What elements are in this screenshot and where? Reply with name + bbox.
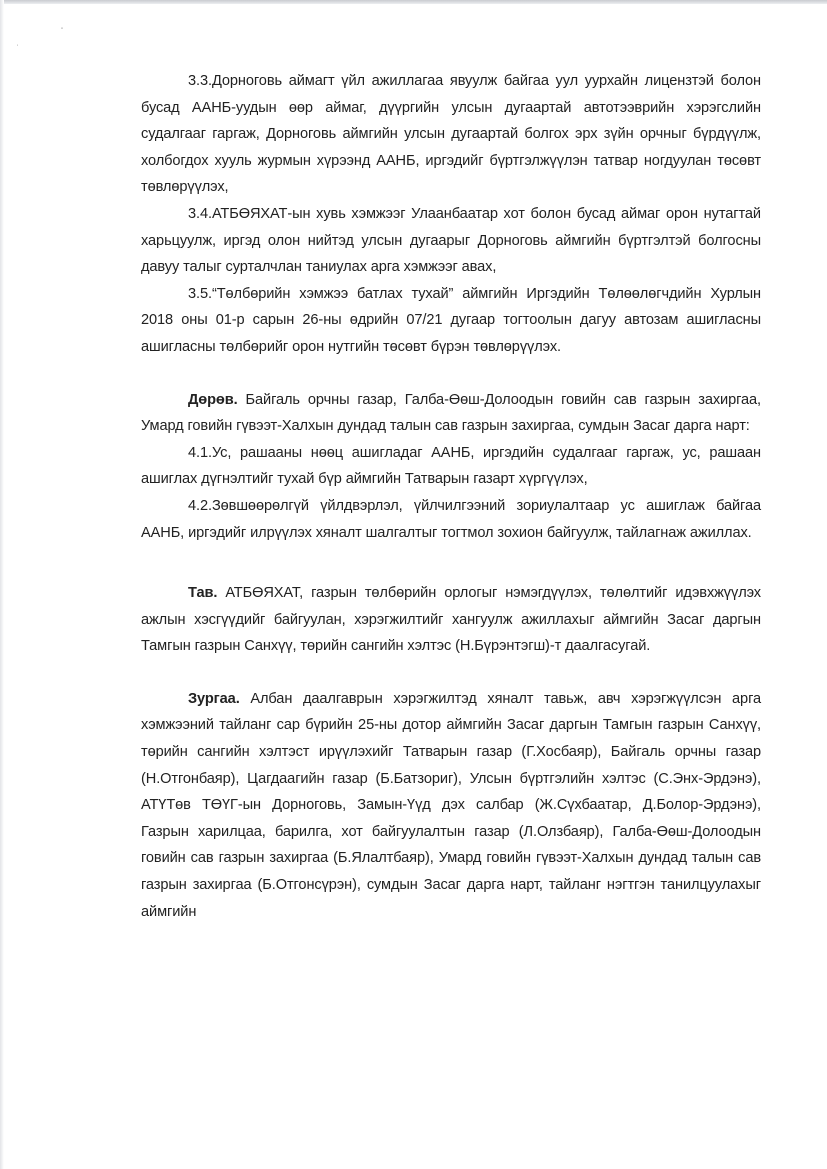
spacer bbox=[141, 546, 761, 580]
scan-top-edge bbox=[0, 0, 827, 4]
paragraph-4-2: 4.2.Зөвшөөрөлгүй үйлдвэрлэл, үйлчилгээни… bbox=[141, 493, 761, 546]
section-heading-4: Дөрөв. bbox=[188, 392, 238, 408]
paragraph-3-4: 3.4.АТБӨЯХАТ-ын хувь хэмжээг Улаанбаатар… bbox=[141, 201, 761, 281]
paragraph-4-1: 4.1.Ус, рашааны нөөц ашигладаг ААНБ, ирг… bbox=[141, 440, 761, 493]
paragraph-3-5: 3.5.“Төлбөрийн хэмжээ батлах тухай” аймг… bbox=[141, 281, 761, 361]
spacer bbox=[141, 361, 761, 387]
scan-left-edge bbox=[0, 0, 4, 1169]
scan-speck: '' bbox=[61, 28, 63, 34]
section-heading-6: Зургаа. bbox=[188, 691, 240, 707]
paragraph-5: Тав. АТБӨЯХАТ, газрын төлбөрийн орлогыг … bbox=[141, 580, 761, 660]
paragraph-3-3: 3.3.Дорноговь аймагт үйл ажиллагаа явуул… bbox=[141, 68, 761, 201]
section-text-5: АТБӨЯХАТ, газрын төлбөрийн орлогыг нэмэг… bbox=[141, 585, 761, 654]
paragraph-6: Зургаа. Албан даалгаврын хэрэгжилтэд хян… bbox=[141, 686, 761, 925]
paragraph-4: Дөрөв. Байгаль орчны газар, Галба-Өөш-До… bbox=[141, 387, 761, 440]
spacer bbox=[141, 660, 761, 686]
scan-speck: ' bbox=[17, 45, 18, 51]
section-heading-5: Тав. bbox=[188, 585, 217, 601]
section-text-6: Албан даалгаврын хэрэгжилтэд хяналт тавь… bbox=[141, 691, 761, 920]
document-body: 3.3.Дорноговь аймагт үйл ажиллагаа явуул… bbox=[141, 68, 761, 925]
